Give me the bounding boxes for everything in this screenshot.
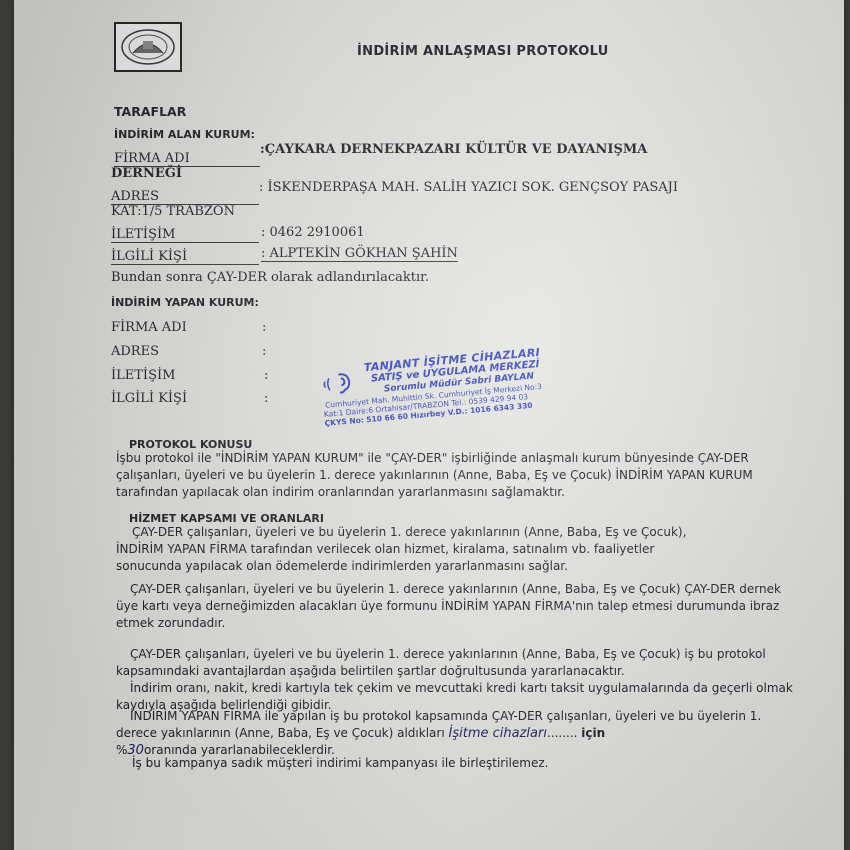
provider-firm-colon: :: [262, 320, 266, 335]
receiver-address-label: ADRES: [111, 189, 259, 205]
document-page: İNDİRİM ANLAŞMASI PROTOKOLU TARAFLAR İND…: [14, 0, 844, 850]
provider-contact-colon: :: [264, 368, 268, 383]
receiver-heading: İNDİRİM ALAN KURUM:: [114, 128, 255, 141]
receiver-person-label: İLGİLİ KİŞİ: [111, 249, 259, 265]
provider-address-colon: :: [262, 344, 266, 359]
provider-heading: İNDİRİM YAPAN KURUM:: [111, 296, 259, 309]
receiver-firm-label: FİRMA ADI: [114, 151, 260, 167]
scope-paragraph-1: ÇAY-DER çalışanları, üyeleri ve bu üyele…: [116, 524, 716, 575]
receiver-address-value-cont: KAT:1/5 TRABZON: [111, 204, 235, 219]
alias-note: Bundan sonra ÇAY-DER olarak adlandırılac…: [111, 270, 429, 285]
handwritten-product: İşitme cihazları: [449, 726, 547, 741]
ear-icon: [320, 367, 356, 400]
scope-paragraph-6: İş bu kampanya sadık müşteri indirimi ka…: [132, 755, 548, 772]
receiver-person-value: : ALPTEKİN GÖKHAN ŞAHİN: [261, 246, 458, 262]
provider-person-colon: :: [264, 391, 268, 406]
provider-contact-label: İLETİŞİM: [111, 368, 175, 383]
provider-person-label: İLGİLİ KİŞİ: [111, 391, 187, 406]
parties-heading: TARAFLAR: [114, 104, 186, 119]
receiver-contact-value: : 0462 2910061: [261, 225, 365, 240]
company-stamp: TANJANT İŞİTME CİHAZLARI SATIŞ ve UYGULA…: [312, 344, 562, 430]
scope-paragraph-3: ÇAY-DER çalışanları, üyeleri ve bu üyele…: [116, 646, 796, 680]
provider-address-label: ADRES: [111, 344, 159, 359]
document-title: İNDİRİM ANLAŞMASI PROTOKOLU: [357, 44, 609, 59]
receiver-firm-value: :ÇAYKARA DERNEKPAZARI KÜLTÜR VE DAYANIŞM…: [260, 142, 647, 157]
receiver-contact-label: İLETİŞİM: [111, 227, 259, 243]
provider-firm-label: FİRMA ADI: [111, 320, 187, 335]
association-seal-icon: [114, 22, 182, 72]
scope-paragraph-5: İNDİRİM YAPAN FİRMA ile yapılan iş bu pr…: [116, 708, 796, 759]
receiver-firm-value-cont: DERNEĞİ: [111, 166, 182, 181]
receiver-address-value: : İSKENDERPAŞA MAH. SALİH YAZICI SOK. GE…: [259, 180, 678, 195]
scope-paragraph-2: ÇAY-DER çalışanları, üyeleri ve bu üyele…: [116, 581, 796, 632]
subject-text: İşbu protokol ile "İNDİRİM YAPAN KURUM" …: [116, 450, 796, 501]
